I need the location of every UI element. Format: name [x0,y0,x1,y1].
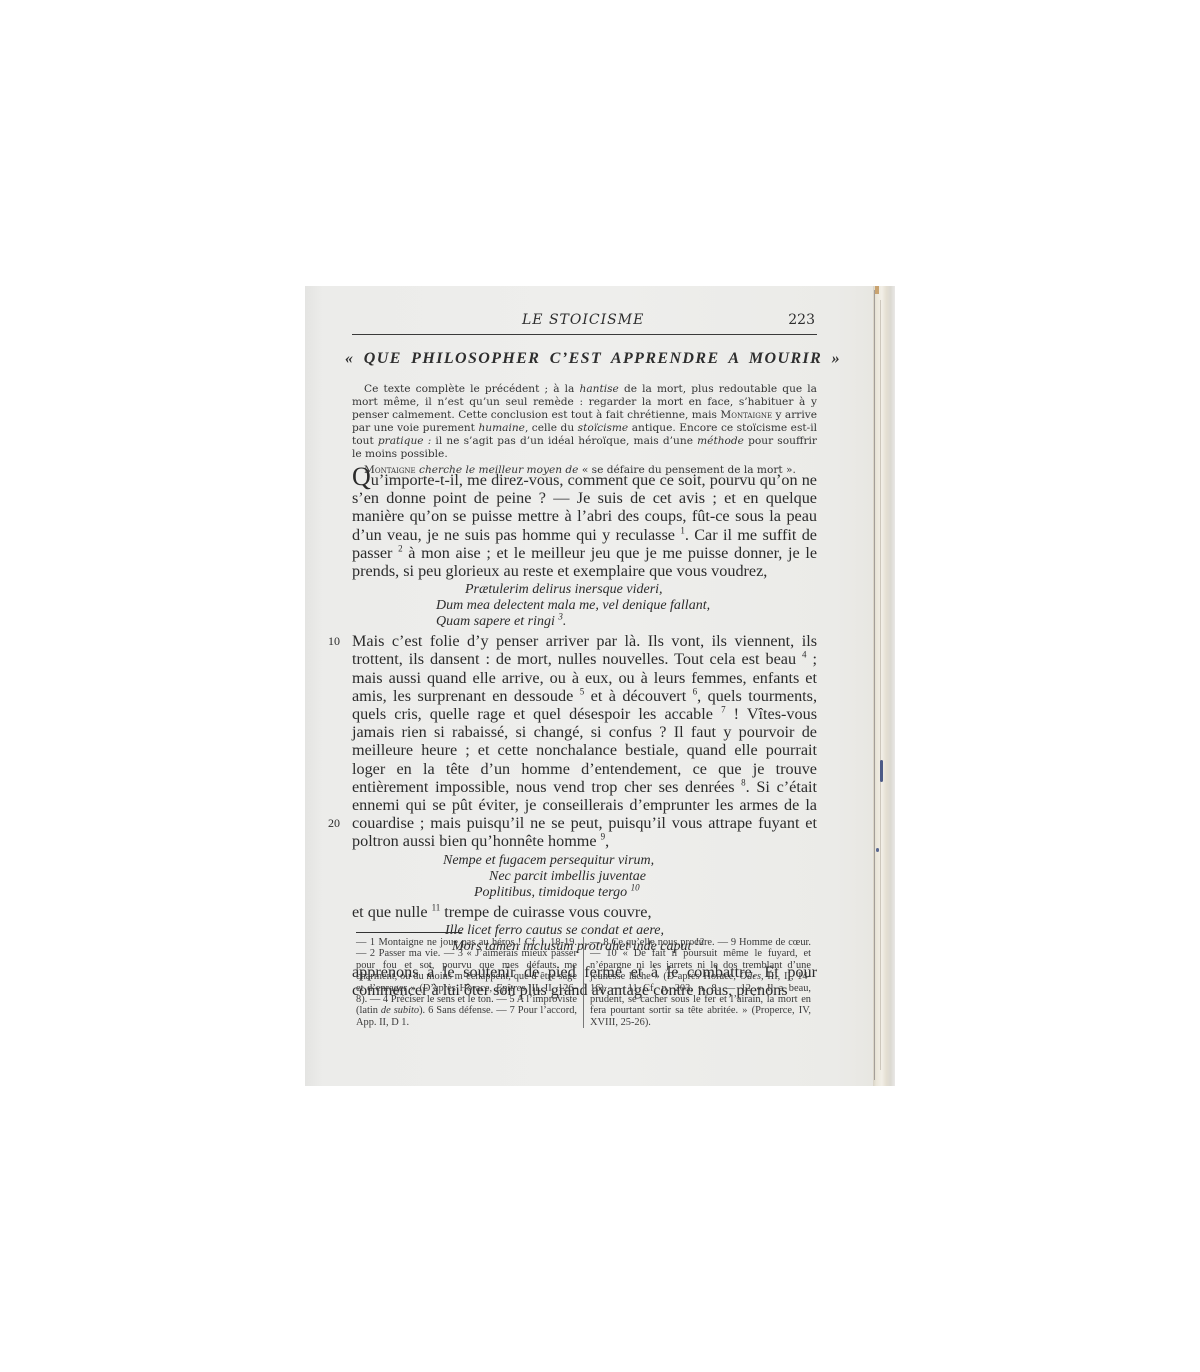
ink-mark [880,760,883,782]
page-number: 223 [788,312,815,328]
drop-cap: Q [352,462,371,491]
footnotes-left-column: — 1 Montaigne ne joue pas au héros ! Cf.… [356,937,584,1028]
book-page-edge [873,286,895,1086]
footnotes: — 1 Montaigne ne joue pas au héros ! Cf.… [356,937,811,1028]
page-edge-line [880,300,881,1070]
footnotes-right-column: — 8 Ce qu’elle nous procure. — 9 Homme d… [584,937,811,1028]
paper-stain [875,286,879,294]
footnote-divider [356,932,462,933]
paragraph-1: Qu’importe-t-il, me direz-vous, comment … [352,470,817,580]
paragraph-2: 1020Mais c’est folie d’y penser arriver … [352,632,817,850]
running-head: LE STOICISME 223 [352,312,817,335]
paragraph-3: et que nulle 11 trempe de cuirasse vous … [352,903,817,921]
footnote-ref: 3 [558,612,563,622]
ink-mark [876,848,879,852]
page-edge-line [874,290,875,1080]
intro-paragraph: Ce texte complète le précédent ; à la ha… [352,383,817,460]
introduction: Ce texte complète le précédent ; à la ha… [352,383,817,477]
main-text: Qu’importe-t-il, me direz-vous, comment … [352,470,817,999]
chapter-title: « QUE PHILOSOPHER C’EST APPRENDRE A MOUR… [345,350,825,368]
latin-verse: Nempe et fugacem persequitur virum, Nec … [352,853,817,901]
line-number: 20 [328,814,340,832]
running-title: LE STOICISME [522,312,644,328]
footnote-ref: 10 [631,882,640,892]
latin-verse: Prætulerim delirus inersque videri, Dum … [352,582,817,630]
line-number: 10 [328,632,340,650]
